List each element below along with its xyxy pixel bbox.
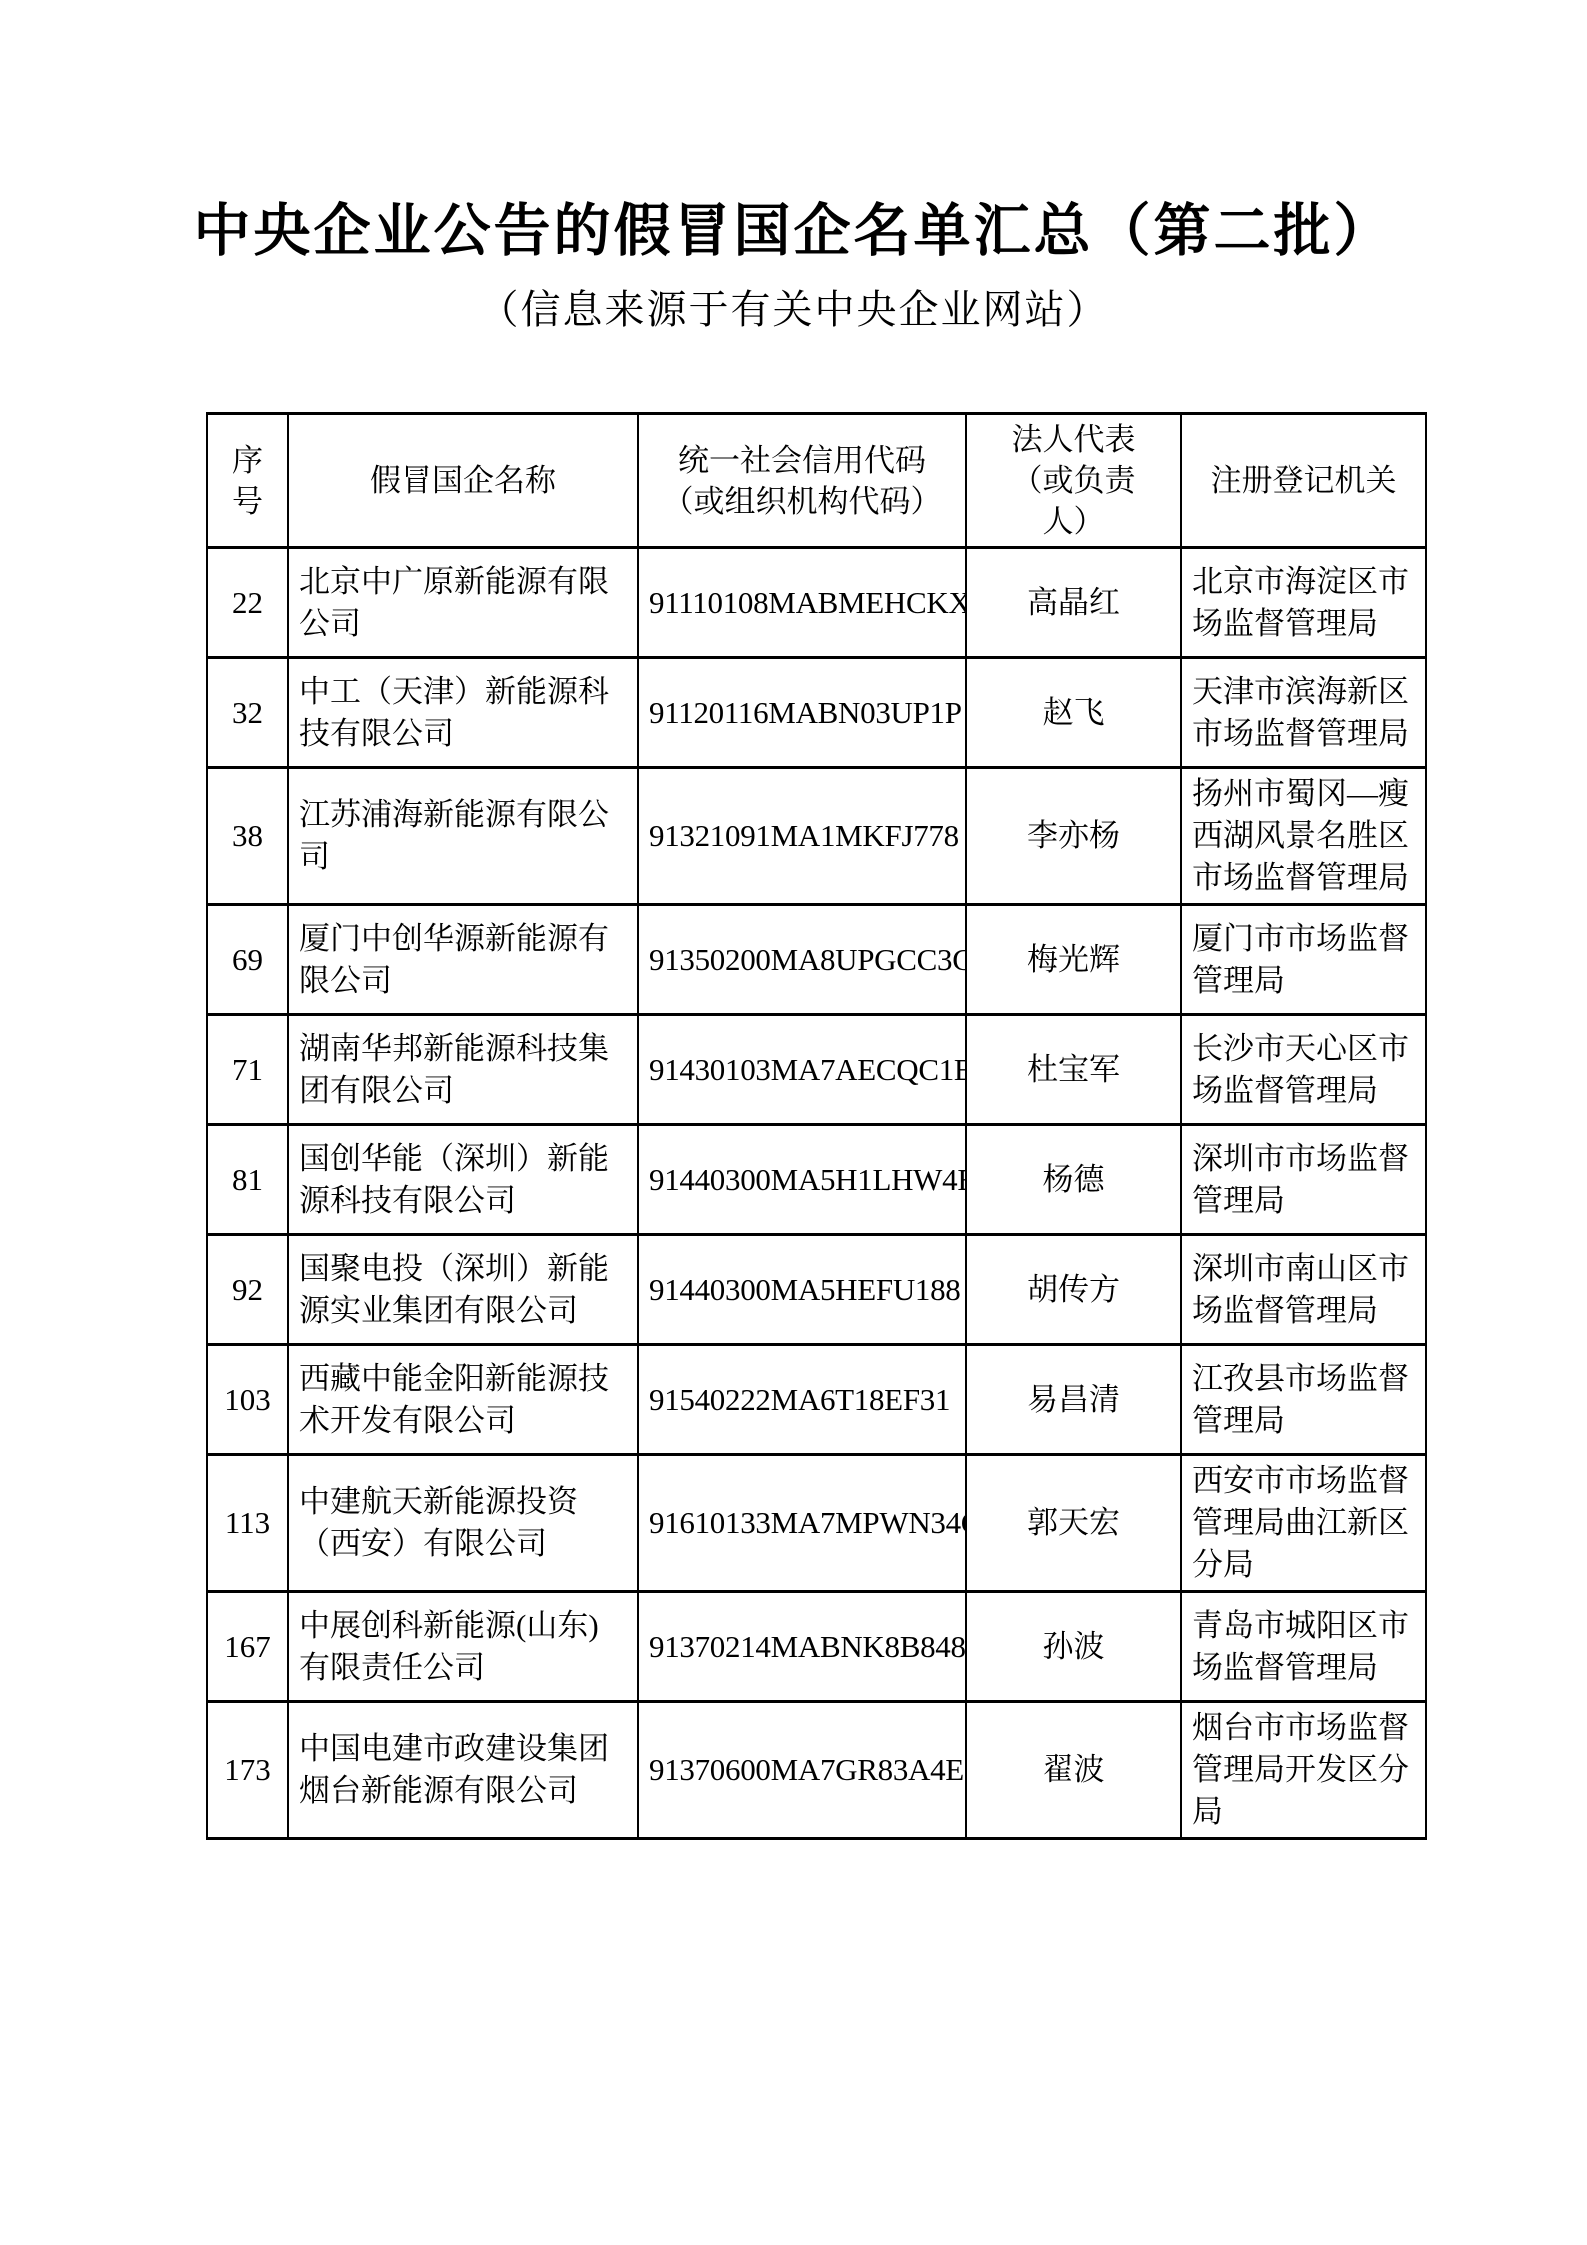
cell-serial-number: 173 [207, 1702, 288, 1839]
cell-credit-code: 91120116MABN03UP1P [638, 658, 966, 768]
table-row: 81 国创华能（深圳）新能源科技有限公司 91440300MA5H1LHW4E … [207, 1125, 1426, 1235]
cell-legal-rep: 胡传方 [966, 1235, 1181, 1345]
cell-legal-rep: 翟波 [966, 1702, 1181, 1839]
fake-soe-roster-table: 序 号 假冒国企名称 统一社会信用代码 （或组织机构代码） 法人代表 （或负责 … [206, 412, 1427, 1840]
cell-registry: 深圳市南山区市场监督管理局 [1181, 1235, 1426, 1345]
cell-legal-rep: 梅光辉 [966, 905, 1181, 1015]
cell-serial-number: 103 [207, 1345, 288, 1455]
cell-serial-number: 69 [207, 905, 288, 1015]
table-header-row: 序 号 假冒国企名称 统一社会信用代码 （或组织机构代码） 法人代表 （或负责 … [207, 414, 1426, 548]
cell-credit-code: 91610133MA7MPWN34C [638, 1455, 966, 1592]
table-row: 113 中建航天新能源投资（西安）有限公司 91610133MA7MPWN34C… [207, 1455, 1426, 1592]
table-row: 22 北京中广原新能源有限公司 91110108MABMEHCKXD 高晶红 北… [207, 548, 1426, 658]
cell-registry: 天津市滨海新区市场监督管理局 [1181, 658, 1426, 768]
cell-company-name: 中建航天新能源投资（西安）有限公司 [288, 1455, 638, 1592]
cell-company-name: 北京中广原新能源有限公司 [288, 548, 638, 658]
document-title: 中央企业公告的假冒国企名单汇总（第二批） [0, 196, 1587, 268]
cell-credit-code: 91110108MABMEHCKXD [638, 548, 966, 658]
cell-credit-code: 91370600MA7GR83A4E [638, 1702, 966, 1839]
cell-company-name: 厦门中创华源新能源有限公司 [288, 905, 638, 1015]
cell-credit-code: 91321091MA1MKFJ778 [638, 768, 966, 905]
cell-company-name: 中工（天津）新能源科技有限公司 [288, 658, 638, 768]
cell-registry: 深圳市市场监督管理局 [1181, 1125, 1426, 1235]
cell-serial-number: 22 [207, 548, 288, 658]
cell-legal-rep: 杜宝军 [966, 1015, 1181, 1125]
cell-registry: 厦门市市场监督管理局 [1181, 905, 1426, 1015]
cell-registry: 青岛市城阳区市场监督管理局 [1181, 1592, 1426, 1702]
table-row: 69 厦门中创华源新能源有限公司 91350200MA8UPGCC3G 梅光辉 … [207, 905, 1426, 1015]
cell-serial-number: 92 [207, 1235, 288, 1345]
document-page: 中央企业公告的假冒国企名单汇总（第二批） （信息来源于有关中央企业网站） 序 号… [0, 0, 1587, 1840]
table-row: 103 西藏中能金阳新能源技术开发有限公司 91540222MA6T18EF31… [207, 1345, 1426, 1455]
table-row: 38 江苏浦海新能源有限公司 91321091MA1MKFJ778 李亦杨 扬州… [207, 768, 1426, 905]
header-registry: 注册登记机关 [1181, 414, 1426, 548]
table-row: 167 中展创科新能源(山东)有限责任公司 91370214MABNK8B848… [207, 1592, 1426, 1702]
cell-credit-code: 91350200MA8UPGCC3G [638, 905, 966, 1015]
cell-serial-number: 113 [207, 1455, 288, 1592]
table-row: 71 湖南华邦新能源科技集团有限公司 91430103MA7AECQC1E 杜宝… [207, 1015, 1426, 1125]
cell-registry: 扬州市蜀冈—瘦西湖风景名胜区市场监督管理局 [1181, 768, 1426, 905]
header-legal-rep: 法人代表 （或负责 人） [966, 414, 1181, 548]
cell-credit-code: 91370214MABNK8B848 [638, 1592, 966, 1702]
cell-legal-rep: 孙波 [966, 1592, 1181, 1702]
table-row: 173 中国电建市政建设集团烟台新能源有限公司 91370600MA7GR83A… [207, 1702, 1426, 1839]
header-serial-number: 序 号 [207, 414, 288, 548]
cell-legal-rep: 赵飞 [966, 658, 1181, 768]
cell-company-name: 中展创科新能源(山东)有限责任公司 [288, 1592, 638, 1702]
cell-serial-number: 81 [207, 1125, 288, 1235]
table-row: 32 中工（天津）新能源科技有限公司 91120116MABN03UP1P 赵飞… [207, 658, 1426, 768]
cell-company-name: 江苏浦海新能源有限公司 [288, 768, 638, 905]
cell-registry: 江孜县市场监督管理局 [1181, 1345, 1426, 1455]
cell-registry: 烟台市市场监督管理局开发区分局 [1181, 1702, 1426, 1839]
cell-credit-code: 91540222MA6T18EF31 [638, 1345, 966, 1455]
cell-company-name: 西藏中能金阳新能源技术开发有限公司 [288, 1345, 638, 1455]
cell-company-name: 中国电建市政建设集团烟台新能源有限公司 [288, 1702, 638, 1839]
cell-credit-code: 91440300MA5HEFU188 [638, 1235, 966, 1345]
table-row: 92 国聚电投（深圳）新能源实业集团有限公司 91440300MA5HEFU18… [207, 1235, 1426, 1345]
cell-credit-code: 91430103MA7AECQC1E [638, 1015, 966, 1125]
cell-legal-rep: 李亦杨 [966, 768, 1181, 905]
header-credit-code: 统一社会信用代码 （或组织机构代码） [638, 414, 966, 548]
cell-legal-rep: 杨德 [966, 1125, 1181, 1235]
cell-legal-rep: 易昌清 [966, 1345, 1181, 1455]
cell-registry: 长沙市天心区市场监督管理局 [1181, 1015, 1426, 1125]
cell-legal-rep: 高晶红 [966, 548, 1181, 658]
document-subtitle: （信息来源于有关中央企业网站） [0, 284, 1587, 336]
cell-credit-code: 91440300MA5H1LHW4E [638, 1125, 966, 1235]
cell-company-name: 湖南华邦新能源科技集团有限公司 [288, 1015, 638, 1125]
cell-serial-number: 38 [207, 768, 288, 905]
cell-company-name: 国聚电投（深圳）新能源实业集团有限公司 [288, 1235, 638, 1345]
header-company-name: 假冒国企名称 [288, 414, 638, 548]
cell-legal-rep: 郭天宏 [966, 1455, 1181, 1592]
cell-serial-number: 167 [207, 1592, 288, 1702]
cell-serial-number: 71 [207, 1015, 288, 1125]
cell-company-name: 国创华能（深圳）新能源科技有限公司 [288, 1125, 638, 1235]
cell-registry: 西安市市场监督管理局曲江新区分局 [1181, 1455, 1426, 1592]
cell-serial-number: 32 [207, 658, 288, 768]
cell-registry: 北京市海淀区市场监督管理局 [1181, 548, 1426, 658]
